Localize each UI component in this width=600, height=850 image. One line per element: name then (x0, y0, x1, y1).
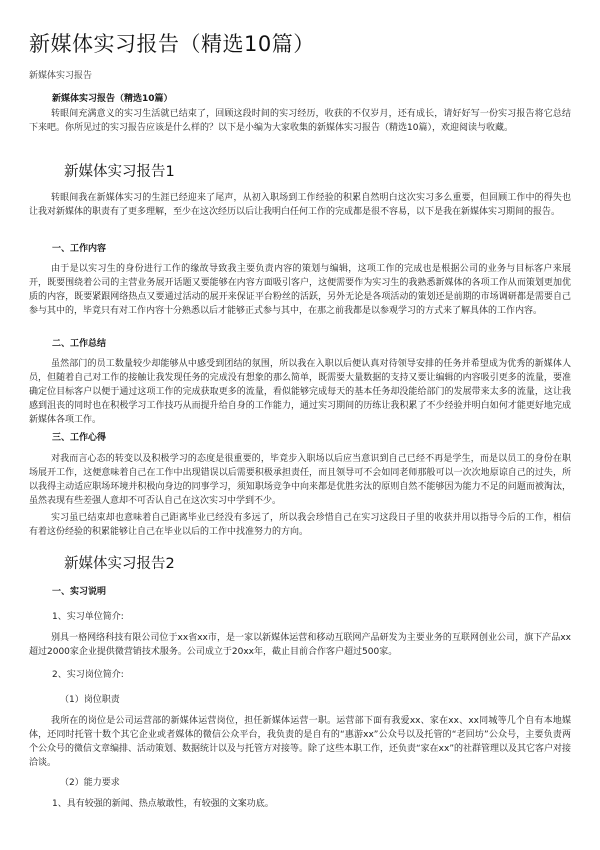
report1-section1-heading: 一、工作内容 (52, 241, 106, 254)
report2-item1-body: 别具一格网络科技有限公司位于xx省xx市，是一家以新媒体运营和移动互联网产品研发… (29, 631, 571, 659)
report2-duty-label: （1）岗位职责 (60, 692, 120, 705)
report2-heading: 新媒体实习报告2 (64, 552, 175, 573)
intro-paragraph: 转眼间充满意义的实习生活就已结束了，回顾这段时间的实习经历，收获的不仅岁月，还有… (29, 107, 571, 135)
report1-section2-heading: 二、工作总结 (52, 336, 106, 349)
report1-section3-body: 对我而言心态的转变以及积极学习的态度是很重要的，毕竟步入职场以后应当意识到自己已… (29, 452, 571, 508)
report1-intro-paragraph: 转眼间我在新媒体实习的生涯已经迎来了尾声，从初入职场到工作经验的积累自然明白这次… (29, 191, 571, 219)
report2-duty-body: 我所在的岗位是公司运营部的新媒体运营岗位，担任新媒体运营一职。运营部下面有我爱x… (29, 714, 571, 770)
report2-item2-label: 2、实习岗位简介: (52, 667, 124, 680)
report1-closing-paragraph: 实习虽已结束却也意味着自己距离毕业已经没有多远了，所以我会珍惜自己在实习这段日子… (29, 511, 571, 539)
document-page: 新媒体实习报告（精选10篇） 新媒体实习报告 新媒体实习报告（精选10篇） 转眼… (0, 0, 600, 850)
report2-ability-label: （2）能力要求 (60, 775, 120, 788)
report1-section2-body: 虽然部门的员工数量较少却能够从中感受到团结的氛围，所以我在入职以后便认真对待领导… (29, 357, 571, 427)
report1-section1-body: 由于是以实习生的身份进行工作的缘故导致我主要负责内容的策划与编辑，这项工作的完成… (29, 262, 571, 318)
document-subtitle: 新媒体实习报告（精选10篇） (52, 91, 173, 104)
report2-ability-item1: 1、具有较强的新闻、热点敏敢性，有较强的文案功底。 (52, 796, 274, 809)
report1-section3-heading: 三、工作心得 (52, 430, 106, 443)
report2-section1-heading: 一、实习说明 (52, 584, 106, 597)
document-title: 新媒体实习报告（精选10篇） (29, 28, 315, 58)
report2-item1-label: 1、实习单位简介: (52, 609, 124, 622)
report1-heading: 新媒体实习报告1 (64, 160, 175, 181)
category-label: 新媒体实习报告 (29, 68, 92, 81)
